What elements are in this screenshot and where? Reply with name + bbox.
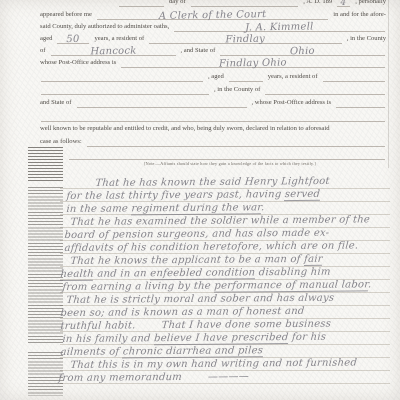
blank-second-place bbox=[41, 83, 209, 95]
statement-line: for the last thirty five years past, hav… bbox=[66, 189, 321, 202]
blank-full-width bbox=[41, 110, 385, 122]
statement-line: in his family and believe I have prescri… bbox=[62, 332, 327, 345]
label-post-office-2: , whose Post-Office address is bbox=[250, 100, 334, 108]
blank-second-po bbox=[336, 96, 385, 108]
label-aged-2: , aged bbox=[206, 74, 226, 82]
statement-line: That he is strictly moral and sober and … bbox=[66, 293, 335, 306]
statement-line: in the same regiment during the war. bbox=[66, 202, 265, 215]
statement-segment: That he has known the said Henry Lightfo… bbox=[95, 176, 330, 189]
blank-affiant-name: J. A. Kimmell bbox=[174, 20, 385, 32]
statement-segment: in the same bbox=[66, 203, 132, 215]
label-and-state-of: , and State of bbox=[179, 48, 218, 56]
label-case-as-follows: case as follows: bbox=[38, 139, 84, 147]
form-line-post-office: whose Post-Office address is Findlay Ohi… bbox=[38, 57, 388, 68]
label-in-the-county-2: , in the County of bbox=[212, 87, 262, 95]
statement-segment: That I have done some business bbox=[161, 319, 331, 331]
statement-line: been so; and is known as a man of honest… bbox=[60, 306, 305, 319]
blank-second-residence bbox=[323, 70, 385, 82]
blank-second-age bbox=[229, 70, 263, 82]
margin-fine-print-top bbox=[28, 147, 63, 183]
statement-segment: believe I have prescribed bbox=[154, 332, 289, 345]
label-post-office: whose Post-Office address is bbox=[38, 60, 118, 68]
form-line-date: day of , A. D. 189 4 , personally bbox=[38, 0, 388, 7]
form-line-appeared: appeared before me A Clerk of the Court … bbox=[38, 9, 388, 20]
statement-segment: been so; and is known as a man of honest… bbox=[60, 306, 305, 319]
statement-segment: That he knows the applicant to be a man … bbox=[70, 254, 305, 267]
blank-second-name bbox=[41, 70, 203, 82]
affidavit-scan-page: day of , A. D. 189 4 , personally appear… bbox=[0, 0, 400, 400]
form-line-case-follows: case as follows: bbox=[38, 136, 388, 147]
statement-line: That he knows the applicant to be a man … bbox=[70, 254, 323, 267]
form-line-aged: aged 50 years, a resident of Findlay , i… bbox=[38, 33, 388, 44]
statement-segment: served bbox=[284, 189, 320, 201]
handwritten-year: 4 bbox=[337, 0, 350, 8]
statement-line: from any memorandum———— bbox=[58, 371, 249, 384]
label-of: of bbox=[38, 48, 48, 56]
label-aged: aged bbox=[38, 36, 54, 44]
form-line-blank-full bbox=[38, 111, 388, 122]
statement-segment: performance of manual labor bbox=[214, 279, 369, 292]
form-line-county-state: of Hancock , and State of Ohio bbox=[38, 45, 388, 56]
label-reputable: well known to be reputable and entitled … bbox=[38, 126, 332, 134]
label-in-and-for: in and for the afore- bbox=[331, 12, 388, 20]
statement-segment: regiment during the war bbox=[131, 202, 262, 215]
label-and-state-of-2: and State of bbox=[38, 100, 74, 108]
statement-segment: enfeebled condition bbox=[150, 267, 256, 280]
blank-month bbox=[191, 0, 299, 7]
statement-line: health and in an enfeebled condition dis… bbox=[60, 267, 331, 280]
statement-segment: chronic diarrhea and piles bbox=[122, 345, 263, 358]
form-line-second-state: and State of , whose Post-Office address… bbox=[38, 97, 388, 108]
statement-segment: disabling him bbox=[255, 267, 331, 279]
statement-segment: ———— bbox=[208, 371, 250, 382]
form-line-second-county: , in the County of bbox=[38, 84, 388, 95]
statement-segment: from earning a living by the bbox=[62, 281, 215, 293]
statement-line: from earning a living by the performance… bbox=[62, 279, 372, 293]
label-personally: , personally bbox=[353, 0, 388, 7]
statement-segment: for his bbox=[288, 332, 327, 343]
statement-line: truthful habit.That I have done some bus… bbox=[60, 319, 332, 332]
scan-edge-line bbox=[388, 0, 389, 168]
form-line-authorized: said County, duly authorized to administ… bbox=[38, 21, 388, 32]
statement-segment: ailments of bbox=[60, 346, 123, 358]
form-line-second-affiant: , aged years, a resident of bbox=[38, 71, 388, 82]
statement-segment: board of pension surgeons, and has also … bbox=[64, 228, 330, 241]
blank-residence: Findlay bbox=[149, 32, 342, 44]
affiants-note: [Note.—Affiants should state how they ga… bbox=[90, 161, 370, 166]
statement-segment: in his family and bbox=[62, 333, 154, 345]
label-years-resident-2: years, a resident of bbox=[266, 74, 320, 82]
statement-line: ailments of chronic diarrhea and piles bbox=[60, 345, 264, 358]
blank-second-county bbox=[265, 83, 385, 95]
label-in-the-county: , in the County bbox=[345, 36, 388, 44]
blank-after-case bbox=[87, 135, 385, 147]
label-authorized: said County, duly authorized to administ… bbox=[38, 24, 171, 32]
blank-second-state bbox=[77, 96, 247, 108]
statement-segment: for the last thirty five years past, hav… bbox=[66, 189, 285, 202]
label-day-of: day of bbox=[167, 0, 188, 7]
blank-state: Ohio bbox=[220, 44, 385, 56]
label-appeared-before-me: appeared before me bbox=[38, 12, 94, 20]
form-line-reputable: well known to be reputable and entitled … bbox=[38, 123, 388, 134]
statement-line: That he has known the said Henry Lightfo… bbox=[95, 176, 330, 189]
label-years-resident: years, a resident of bbox=[92, 36, 146, 44]
blank-day bbox=[119, 0, 164, 7]
statement-line: board of pension surgeons, and has also … bbox=[64, 228, 330, 241]
margin-fine-print-middle bbox=[28, 187, 63, 345]
blank-post-office: Findlay Ohio bbox=[121, 56, 385, 68]
blank-year: 4 bbox=[337, 0, 350, 7]
blank-county: Hancock bbox=[51, 44, 176, 56]
blank-age: 50 bbox=[57, 32, 89, 44]
statement-segment: fair bbox=[304, 254, 324, 266]
statement-segment: and in an bbox=[93, 268, 150, 279]
form-line-blank-full-2 bbox=[66, 149, 388, 160]
statement-segment: That he is strictly moral and sober and … bbox=[66, 293, 335, 306]
statement-segment: truthful habit. bbox=[60, 320, 136, 332]
statement-segment: health bbox=[60, 269, 94, 281]
statement-segment: from any memorandum bbox=[58, 372, 182, 384]
blank-officer: A Clerk of the Court bbox=[97, 8, 328, 20]
label-ad: , A. D. 189 bbox=[301, 0, 334, 7]
blank-full-width-2 bbox=[69, 148, 385, 160]
